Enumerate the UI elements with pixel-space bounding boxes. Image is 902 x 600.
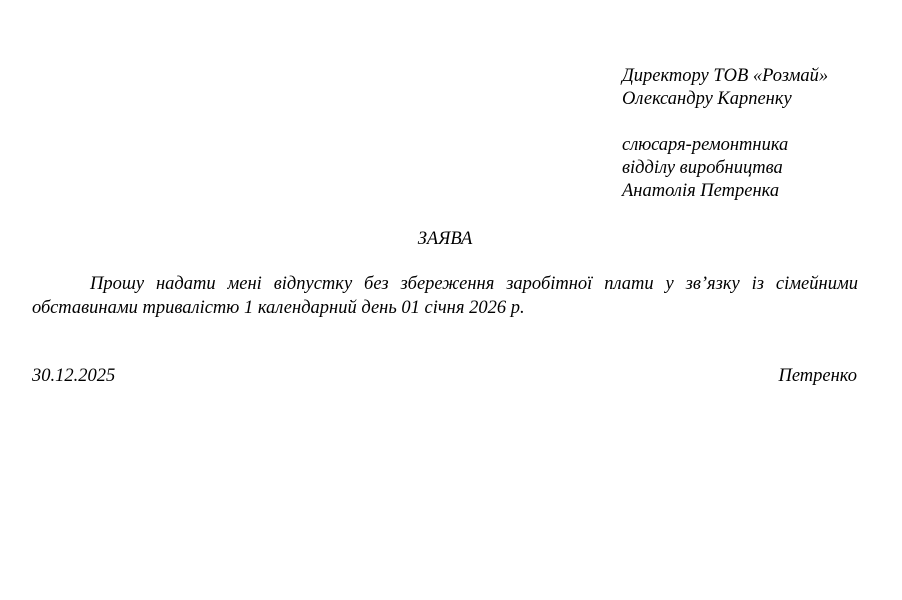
sender-position: слюсаря-ремонтника — [622, 134, 828, 157]
document-title: ЗАЯВА — [0, 228, 890, 251]
sender-department: відділу виробництва — [622, 157, 828, 180]
addressee-block: Директору ТОВ «Розмай» Олександру Карпен… — [622, 65, 828, 203]
spacer — [622, 111, 828, 134]
recipient-position: Директору ТОВ «Розмай» — [622, 65, 828, 88]
signature: Петренко — [778, 365, 857, 388]
recipient-name: Олександру Карпенку — [622, 88, 828, 111]
document-date: 30.12.2025 — [32, 365, 115, 388]
document-body: Прошу надати мені відпустку без збережен… — [32, 272, 858, 320]
sender-name: Анатолія Петренка — [622, 180, 828, 203]
